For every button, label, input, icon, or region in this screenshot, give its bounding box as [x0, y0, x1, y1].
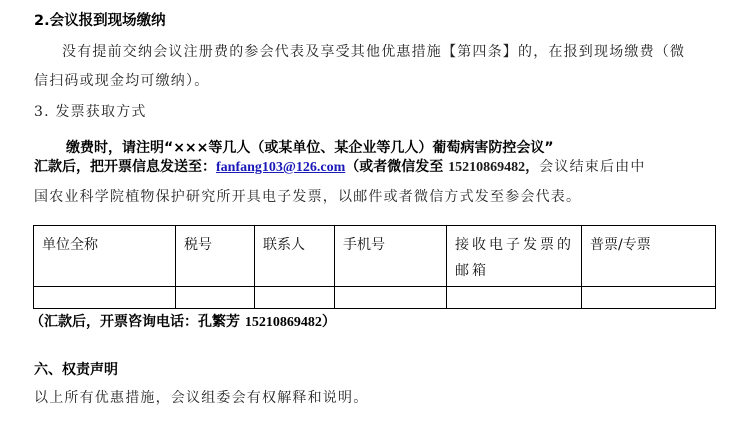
invoice-send-instruction: 汇款后，把开票信息发送至：fanfang103@126.com（或者微信发至 1… [34, 158, 646, 177]
header-mobile: 手机号 [335, 226, 447, 287]
table-row [34, 287, 716, 309]
consult-note: （汇款后，开票咨询电话：孔繁芳 15210869482） [30, 313, 336, 332]
send-suffix: 会议结束后由中 [539, 159, 645, 175]
section-2-heading: 2.会议报到现场缴纳 [34, 12, 166, 30]
cell-invoice-type[interactable] [582, 287, 716, 309]
section-2-paragraph-line-2: 信扫码或现金均可缴纳）。 [34, 72, 209, 90]
invoice-info-table: 单位全称 税号 联系人 手机号 接收电子发票的邮箱 普票/专票 [33, 225, 716, 309]
section-6-heading: 六、权责声明 [34, 361, 118, 379]
consult-prefix: （汇款后，开票咨询电话：孔繁芳 [30, 314, 245, 330]
consult-suffix: ） [322, 314, 336, 330]
section-2-paragraph-line-1: 没有提前交纳会议注册费的参会代表及享受其他优惠措施【第四条】的，在报到现场缴费（… [62, 43, 685, 61]
consult-phone: 15210869482 [245, 315, 322, 330]
header-invoice-type: 普票/专票 [582, 226, 716, 287]
wechat-text: （或者微信发至 [345, 159, 448, 175]
invoice-send-instruction-line-2: 国农业科学院植物保护研究所开具电子发票，以邮件或者微信方式发至参会代表。 [34, 188, 581, 206]
header-contact: 联系人 [255, 226, 335, 287]
section-6-body: 以上所有优惠措施，会议组委会有权解释和说明。 [34, 389, 368, 407]
payment-note: 缴费时，请注明“×××等几人（或某单位、某企业等几人）葡萄病害防控会议” [66, 139, 554, 157]
cell-invoice-email[interactable] [447, 287, 582, 309]
section-3-heading: 3. 发票获取方式 [34, 103, 147, 121]
cell-mobile[interactable] [335, 287, 447, 309]
cell-unit-name[interactable] [34, 287, 176, 309]
table-header-row: 单位全称 税号 联系人 手机号 接收电子发票的邮箱 普票/专票 [34, 226, 716, 287]
header-unit-name: 单位全称 [34, 226, 176, 287]
cell-tax-id[interactable] [176, 287, 255, 309]
header-invoice-email: 接收电子发票的邮箱 [447, 226, 582, 287]
header-tax-id: 税号 [176, 226, 255, 287]
send-prefix: 汇款后，把开票信息发送至： [34, 159, 216, 175]
email-link[interactable]: fanfang103@126.com [216, 160, 345, 175]
wechat-number: 15210869482， [448, 160, 539, 175]
cell-contact[interactable] [255, 287, 335, 309]
